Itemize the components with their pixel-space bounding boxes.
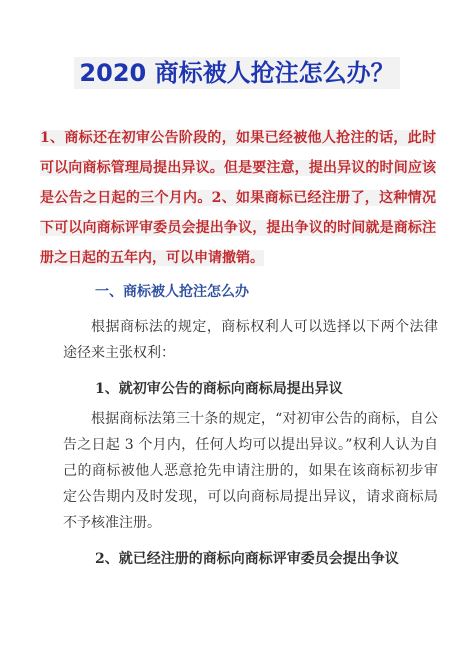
subheading-1-body: 根据商标法第三十条的规定，“对初审公告的商标，自公告之日起 3 个月内，任何人均… bbox=[63, 406, 438, 536]
subheading-1: 1、就初审公告的商标向商标局提出异议 bbox=[95, 380, 437, 398]
page-title: 2020 商标被人抢注怎么办？ bbox=[30, 56, 444, 90]
document-page: 2020 商标被人抢注怎么办？ 1、商标还在初审公告阶段的，如果已经被他人抢注的… bbox=[0, 0, 474, 670]
section-lead-paragraph: 根据商标法的规定，商标权利人可以选择以下两个法律途径来主张权利： bbox=[63, 314, 438, 366]
intro-paragraph: 1、商标还在初审公告阶段的，如果已经被他人抢注的话，此时可以向商标管理局提出异议… bbox=[40, 123, 436, 273]
page-title-text: 2020 商标被人抢注怎么办？ bbox=[74, 57, 399, 89]
section-heading: 一、商标被人抢注怎么办 bbox=[95, 283, 437, 301]
subheading-2: 2、就已经注册的商标向商标评审委员会提出争议 bbox=[95, 550, 437, 568]
intro-paragraph-text: 1、商标还在初审公告阶段的，如果已经被他人抢注的话，此时可以向商标管理局提出异议… bbox=[40, 130, 436, 266]
